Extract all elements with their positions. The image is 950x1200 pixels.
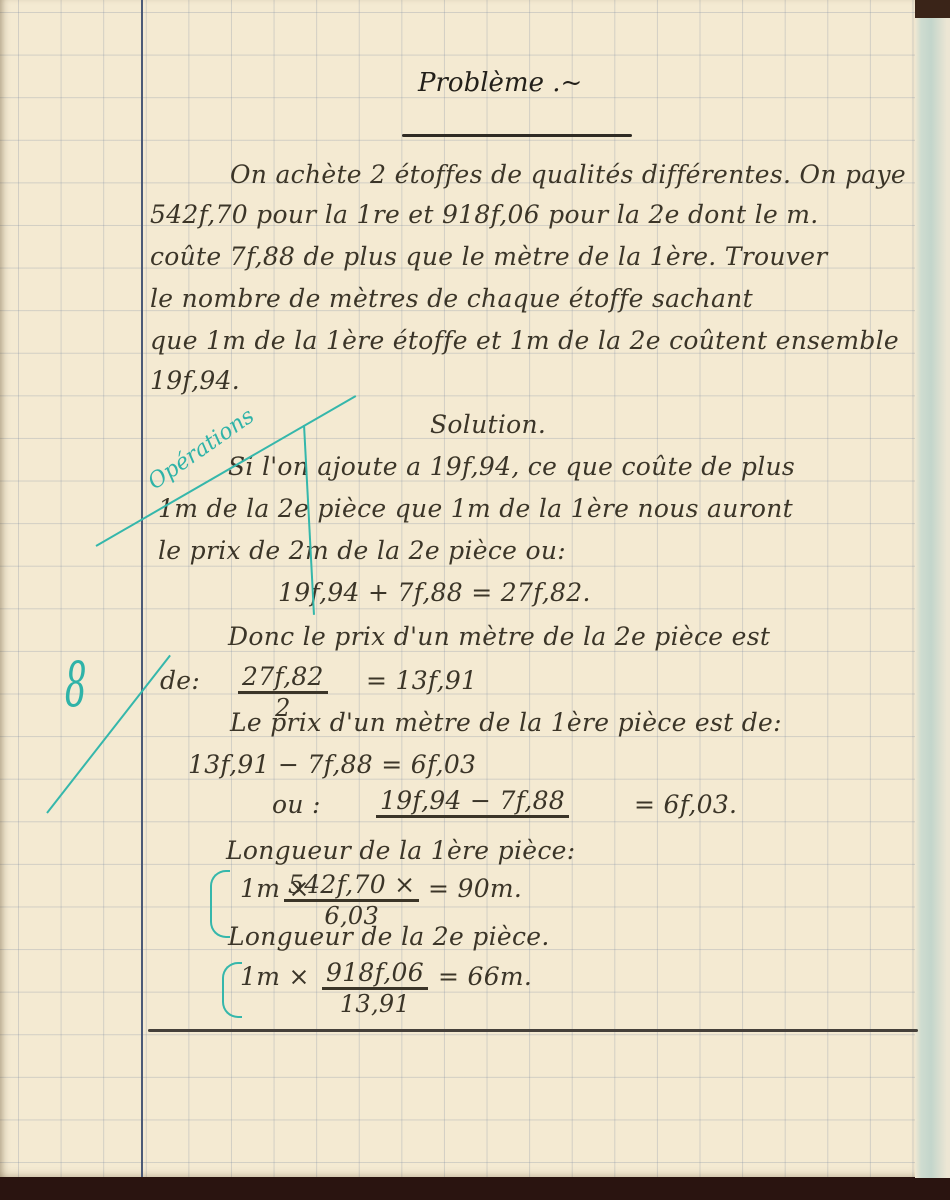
result-length-1st: = 90m. — [428, 874, 522, 903]
solution-line-1: Si l'on ajoute a 19f,94, ce que coûte de… — [228, 452, 795, 481]
label-ou: ou : — [272, 790, 321, 819]
result-alt: = 6f,03. — [634, 790, 737, 819]
bracket-length-1st — [210, 870, 230, 938]
fraction-numerator: 918f,06 — [322, 958, 428, 990]
fraction-alt: 19f,94 − 7f,88 — [376, 786, 569, 818]
solution-line-8: Le prix d'un mètre de la 1ère pièce est … — [230, 708, 782, 737]
fraction-length-2nd: 918f,06 13,91 — [322, 958, 428, 1018]
fraction-length-1st: 542f,70 × 6,03 — [284, 870, 419, 930]
equation-diff: 13f,91 − 7f,88 = 6f,03 — [188, 750, 476, 779]
end-rule — [148, 1029, 918, 1032]
solution-line-3: le prix de 2m de la 2e pièce ou: — [158, 536, 566, 565]
problem-line-6: 19f,94. — [150, 366, 240, 395]
bracket-length-2nd — [222, 962, 242, 1018]
title-underline — [402, 134, 632, 137]
problem-line-1: On achète 2 étoffes de qualités différen… — [230, 160, 906, 189]
solution-heading: Solution. — [430, 410, 546, 439]
solution-line-5: Donc le prix d'un mètre de la 2e pièce e… — [228, 622, 770, 651]
length-2nd-heading: Longueur de la 2e pièce. — [228, 922, 550, 951]
background-edge — [915, 0, 950, 20]
fraction-numerator: 27f,82 — [238, 662, 328, 694]
problem-line-3: coûte 7f,88 de plus que le mètre de la 1… — [150, 242, 828, 271]
length-1st-heading: Longueur de la 1ère pièce: — [226, 836, 575, 865]
fraction-denominator: 13,91 — [322, 990, 428, 1018]
label-de: de: — [160, 666, 200, 695]
fraction-numerator: 542f,70 × — [284, 870, 419, 902]
problem-line-5: que 1m de la 1ère étoffe et 1m de la 2e … — [150, 326, 899, 355]
fraction-numerator: 19f,94 − 7f,88 — [376, 786, 569, 818]
problem-line-4: le nombre de mètres de chaque étoffe sac… — [150, 284, 753, 313]
page-edge-strip — [915, 18, 950, 1178]
page-title: Problème .~ — [418, 68, 582, 98]
solution-line-2: 1m de la 2e pièce que 1m de la 1ère nous… — [158, 494, 793, 523]
equation-sum: 19f,94 + 7f,88 = 27f,82. — [278, 578, 591, 607]
result-length-2nd: = 66m. — [438, 962, 532, 991]
grade-mark: 8 — [65, 648, 87, 721]
margin-line — [141, 0, 143, 1177]
length-2nd-prefix: 1m × — [240, 962, 310, 991]
result-price-2nd: = 13f,91 — [366, 666, 477, 695]
problem-line-2: 542f,70 pour la 1re et 918f,06 pour la 2… — [150, 200, 819, 229]
